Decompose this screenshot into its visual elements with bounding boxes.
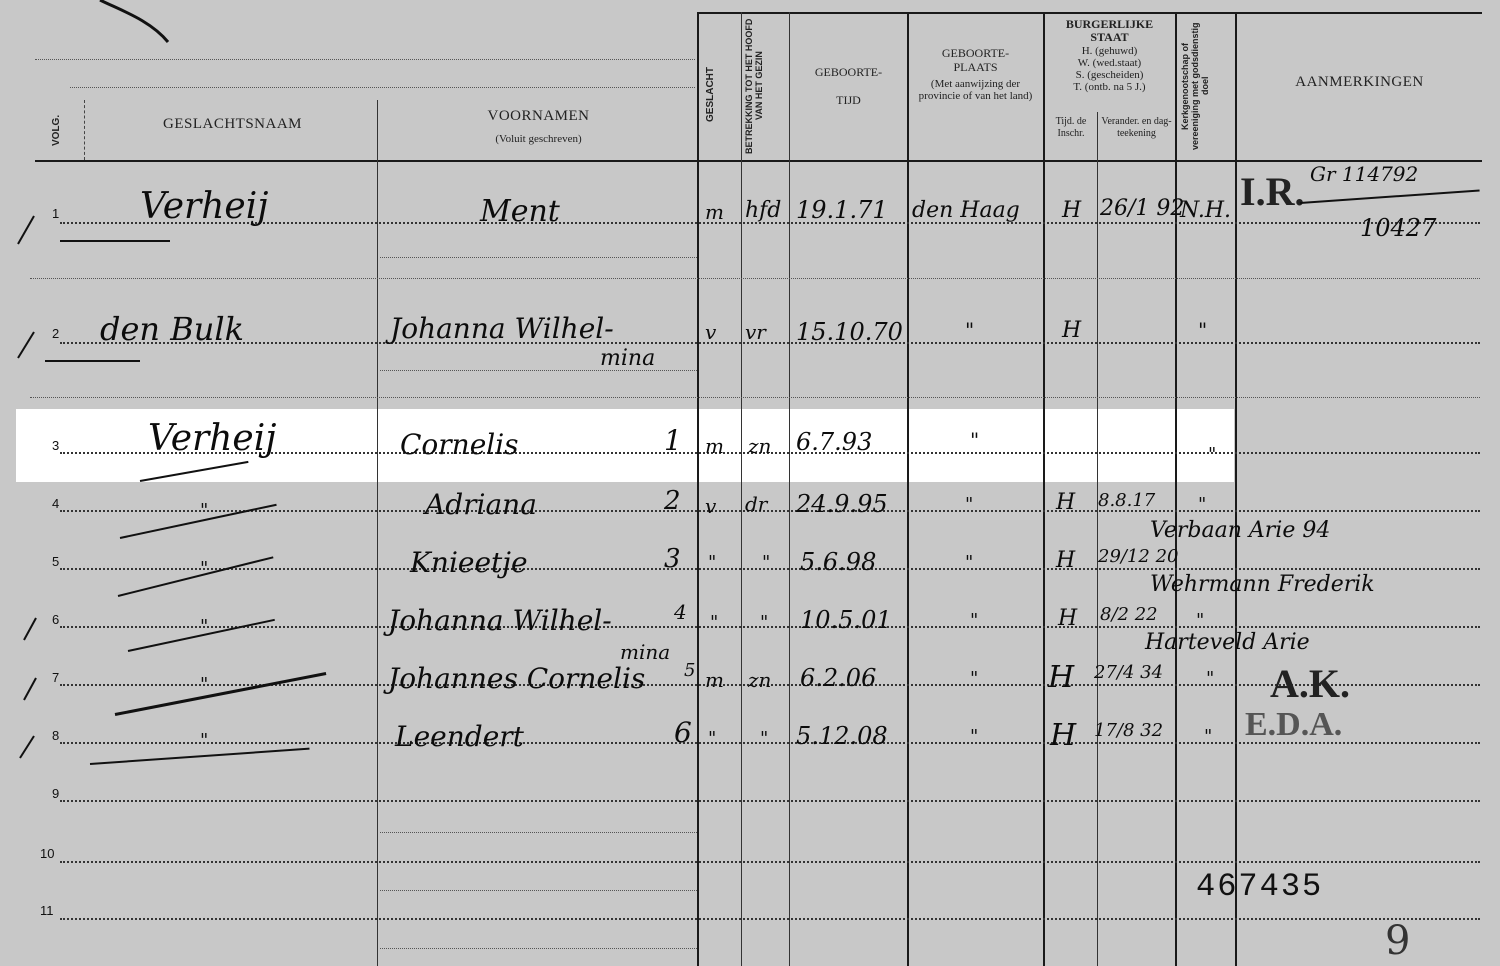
sex: " (710, 612, 718, 633)
header-rule (70, 87, 695, 88)
child-number: 5 (684, 660, 695, 681)
surname-ditto: " (200, 730, 208, 751)
ink-curl-mark (40, 0, 180, 50)
row-rule-9 (60, 800, 1480, 802)
religion: " (1206, 668, 1214, 689)
row-rule-4 (60, 510, 1480, 512)
header-geboorteplaats-1: GEBOORTE- (909, 47, 1042, 59)
header-voornamen: VOORNAMEN (380, 110, 697, 122)
surname: Verheij (148, 418, 276, 459)
religion: " (1208, 444, 1216, 465)
surname-underline (60, 240, 170, 242)
birth-date: 5.12.08 (796, 722, 888, 750)
row-rule-10 (60, 861, 1480, 863)
row-subrule (380, 948, 697, 949)
header-bs-t: T. (ontb. na 5 J.) (1045, 81, 1174, 93)
ditto-stroke (118, 556, 274, 597)
birth-date: 15.10.70 (796, 318, 903, 346)
sex: m (705, 434, 724, 458)
header-aanmerkingen: AANMERKINGEN (1237, 76, 1482, 88)
civil-change: 8.8.17 (1098, 490, 1155, 511)
relation: zn (748, 668, 771, 692)
birth-place: " (970, 726, 978, 747)
civil-status: H (1050, 718, 1076, 753)
header-geslacht: GESLACHT (706, 40, 716, 150)
ir-number: 10427 (1360, 214, 1436, 242)
given-names-cont: mina (600, 346, 655, 371)
birth-date: 5.6.98 (800, 548, 876, 576)
header-rule (35, 59, 695, 60)
civil-change: 8/2 22 (1100, 604, 1158, 625)
header-burgerlijke-staat-1: BURGERLIJKE (1045, 18, 1174, 30)
ed-stamp: E.D.A. (1245, 706, 1342, 744)
surname-ditto: " (200, 500, 208, 521)
header-geboorteplaats-sub: (Met aanwijzing der provincie of van het… (912, 78, 1039, 102)
row-rule (30, 278, 1480, 279)
header-betrekking: BETREKKING TOT HET HOOFD VAN HET GEZIN (744, 16, 788, 156)
header-top-border (697, 12, 1482, 14)
civil-change: 26/1 92 (1100, 196, 1184, 221)
religion: N.H. (1180, 198, 1231, 223)
sex: v (705, 494, 716, 518)
birth-date: 6.2.06 (800, 664, 876, 692)
given-names: Ment (480, 194, 560, 229)
col-divider (789, 12, 790, 966)
civil-status: H (1056, 490, 1075, 515)
birth-date: 6.7.93 (796, 428, 872, 456)
header-bs-verander: Verander. en dag-teekening (1099, 116, 1174, 140)
civil-change: 27/4 34 (1094, 662, 1163, 683)
relation: zn (748, 434, 771, 458)
header-kerkgenootschap: Kerkgenootschap of vereeniging met godsd… (1180, 16, 1232, 156)
birth-place: " (970, 668, 978, 689)
given-names: Cornelis (400, 428, 519, 461)
header-volgnummer: VOLG. (52, 105, 62, 155)
header-bs-h: H. (gehuwd) (1045, 45, 1174, 57)
birth-place: " (970, 428, 979, 452)
birth-place: " (970, 610, 978, 631)
row-rule-6 (60, 626, 1480, 628)
civil-change: 17/8 32 (1094, 720, 1163, 741)
birth-place: " (965, 318, 974, 342)
col-divider (1235, 12, 1237, 966)
child-number: 1 (664, 424, 682, 457)
page-mark: 9 (1385, 918, 1410, 964)
relation: " (762, 552, 770, 573)
relation: " (760, 612, 768, 633)
surname: den Bulk (100, 310, 244, 348)
remarks: Wehrmann Frederik (1150, 572, 1375, 597)
ak-stamp: A.K. (1270, 660, 1350, 707)
sex: m (705, 668, 724, 692)
col-divider (1043, 12, 1045, 966)
relation: " (760, 728, 768, 749)
civil-change: 29/12 20 (1098, 546, 1179, 567)
header-bottom-border (35, 160, 1482, 162)
header-geboortetijd-1: GEBOORTE- (791, 66, 906, 78)
birth-place: " (965, 552, 973, 573)
col-divider (1175, 12, 1177, 966)
remarks: Verbaan Arie 94 (1150, 518, 1330, 543)
col-divider (377, 100, 378, 966)
remarks: Harteveld Arie (1145, 630, 1310, 655)
ir-stamp: I.R. (1240, 168, 1304, 215)
row-rule-11 (60, 918, 1480, 920)
row-rule-2 (60, 342, 1480, 344)
birth-date: 24.9.95 (796, 490, 888, 518)
sex: " (708, 552, 716, 573)
religion: " (1204, 726, 1212, 747)
birth-date: 19.1.71 (796, 196, 888, 224)
given-names: Johanna Wilhel- (388, 604, 612, 637)
row-rule (30, 397, 1480, 398)
header-bs-tijd: Tijd. de Inschr. (1045, 116, 1097, 140)
row-number: 9 (52, 786, 59, 801)
given-names-cont: mina (620, 640, 670, 664)
header-burgerlijke-staat-2: STAAT (1045, 31, 1174, 43)
row-subrule (380, 257, 697, 258)
row-subrule (380, 832, 697, 833)
surname-underline (45, 360, 140, 362)
civil-status: H (1062, 318, 1081, 343)
civil-status: H (1058, 606, 1077, 631)
civil-status: H (1056, 548, 1075, 573)
civil-status: H (1062, 198, 1081, 223)
child-number: 2 (664, 486, 681, 516)
header-geslachtsnaam: GESLACHTSNAAM (90, 118, 375, 130)
surname-ditto: " (200, 674, 208, 695)
given-names: Leendert (395, 720, 524, 753)
col-divider (907, 12, 909, 966)
header-geboortetijd-2: TIJD (791, 94, 906, 106)
birth-place: den Haag (912, 198, 1020, 223)
check-marks (14, 200, 54, 780)
given-names: Johannes Cornelis (388, 662, 645, 695)
header-bs-s: S. (gescheiden) (1045, 69, 1174, 81)
birth-place: " (965, 494, 973, 515)
col-divider (697, 12, 699, 966)
sex: m (705, 200, 724, 224)
relation: dr (745, 492, 767, 516)
row-number: 11 (40, 903, 54, 918)
religion: " (1198, 318, 1207, 342)
sex: v (705, 320, 716, 344)
surname-ditto: " (200, 616, 208, 637)
col-divider (1097, 112, 1098, 966)
ir-underline (1300, 189, 1480, 204)
child-number: 3 (664, 544, 681, 574)
row-number: 10 (40, 846, 54, 861)
birth-date: 10.5.01 (800, 606, 892, 634)
relation: hfd (745, 198, 781, 223)
col-divider (84, 100, 85, 160)
col-divider (741, 12, 742, 966)
given-names: Knieetje (410, 546, 528, 579)
religion: " (1198, 494, 1206, 515)
sex: " (708, 728, 716, 749)
given-names: Adriana (425, 488, 537, 521)
header-bs-w: W. (wed.staat) (1045, 57, 1174, 69)
ditto-stroke (115, 672, 327, 716)
surname-ditto: " (200, 558, 208, 579)
surname: Verheij (140, 186, 268, 227)
row-subrule (380, 890, 697, 891)
header-geboorteplaats-2: PLAATS (909, 61, 1042, 73)
child-number: 6 (674, 716, 692, 749)
relation: vr (745, 320, 766, 344)
given-names: Johanna Wilhel- (390, 312, 614, 345)
civil-status: H (1048, 660, 1074, 695)
serial-number: 467435 (1196, 868, 1323, 905)
child-number: 4 (674, 600, 687, 624)
religion: " (1196, 610, 1204, 631)
ir-note: Gr 114792 (1310, 162, 1418, 186)
header-voornamen-sub: (Voluit geschreven) (380, 133, 697, 145)
